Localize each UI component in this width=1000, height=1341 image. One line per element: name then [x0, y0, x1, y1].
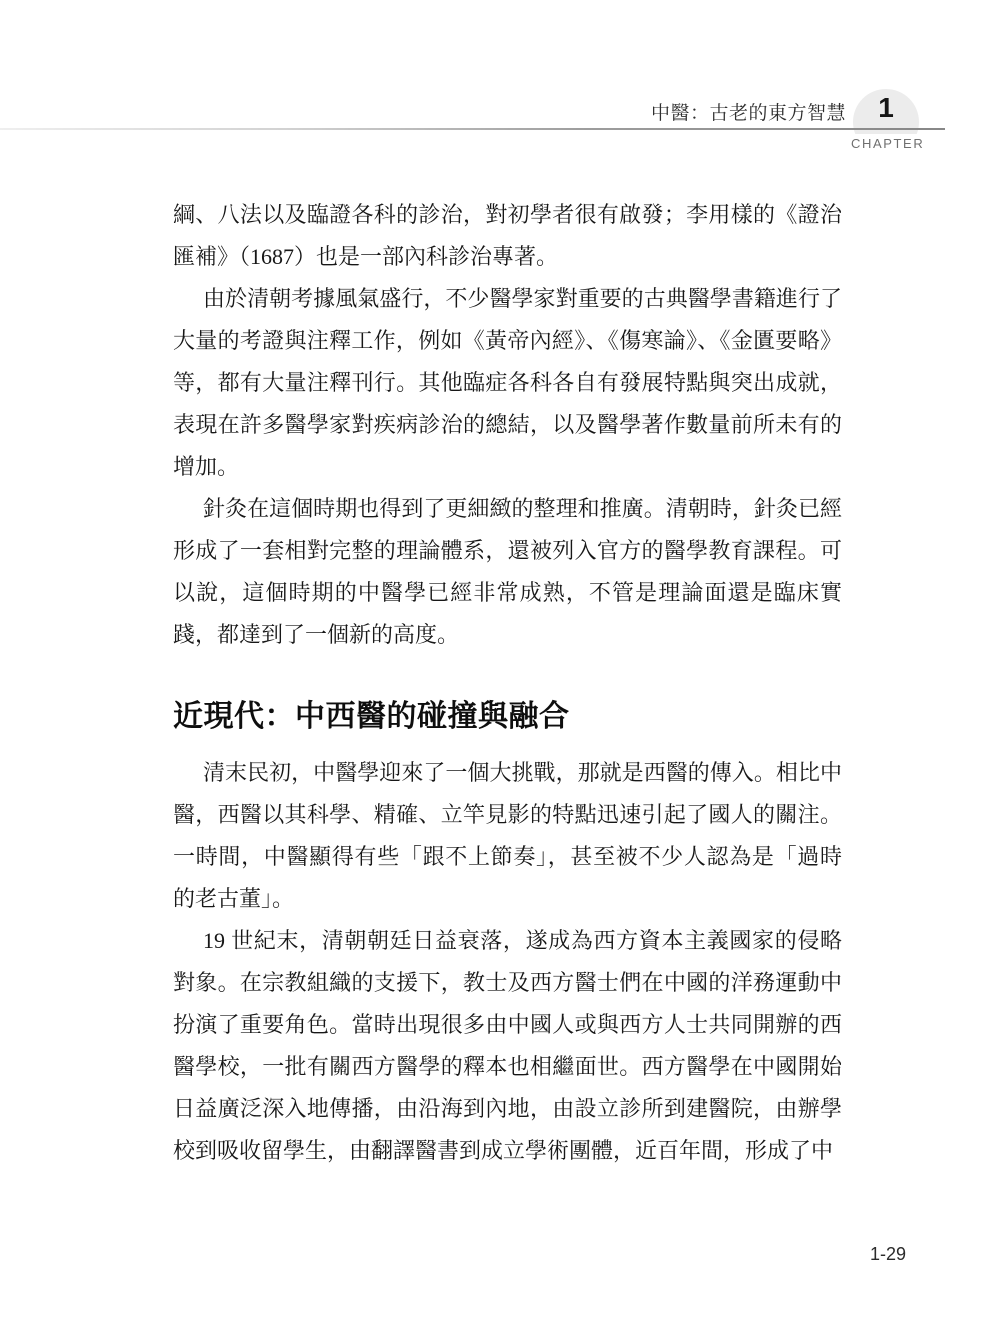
paragraph: 19 世紀末，清朝朝廷日益衰落，遂成為西方資本主義國家的侵略對象。在宗教組織的支… — [173, 920, 842, 1172]
paragraph-continuation: 綱、八法以及臨證各科的診治，對初學者很有啟發；李用樣的《證治匯補》（1687）也… — [173, 194, 842, 278]
chapter-label: CHAPTER — [851, 136, 924, 151]
header-rule — [0, 128, 945, 130]
book-page: 中醫：古老的東方智慧 1 CHAPTER 綱、八法以及臨證各科的診治，對初學者很… — [0, 0, 1000, 1341]
running-head-title: 中醫：古老的東方智慧 — [0, 98, 846, 125]
page-number: 1-29 — [0, 1244, 906, 1265]
paragraph: 由於清朝考據風氣盛行，不少醫學家對重要的古典醫學書籍進行了大量的考證與注釋工作，… — [173, 278, 842, 488]
section-heading: 近現代：中西醫的碰撞與融合 — [173, 700, 842, 734]
chapter-number: 1 — [853, 92, 919, 124]
paragraph: 針灸在這個時期也得到了更細緻的整理和推廣。清朝時，針灸已經形成了一套相對完整的理… — [173, 488, 842, 656]
page-body: 綱、八法以及臨證各科的診治，對初學者很有啟發；李用樣的《證治匯補》（1687）也… — [173, 194, 842, 1172]
paragraph: 清末民初，中醫學迎來了一個大挑戰，那就是西醫的傳入。相比中醫，西醫以其科學、精確… — [173, 752, 842, 920]
